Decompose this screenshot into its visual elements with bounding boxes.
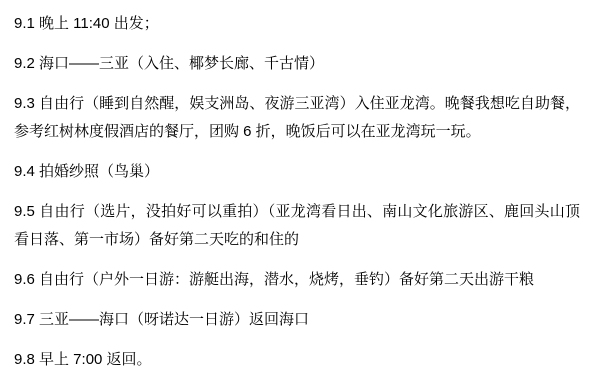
itinerary-item-9-8: 9.8 早上 7:00 返回。 xyxy=(14,346,580,374)
itinerary-item-9-1: 9.1 晚上 11:40 出发； xyxy=(14,10,580,38)
itinerary-item-9-5: 9.5 自由行（选片，没拍好可以重拍）（亚龙湾看日出、南山文化旅游区、鹿回头山顶… xyxy=(14,198,580,254)
itinerary-item-9-7: 9.7 三亚——海口（呀诺达一日游）返回海口 xyxy=(14,306,580,334)
itinerary-document: 9.1 晚上 11:40 出发； 9.2 海口——三亚（入住、椰梦长廊、千古情）… xyxy=(0,0,594,379)
itinerary-item-9-2: 9.2 海口——三亚（入住、椰梦长廊、千古情） xyxy=(14,50,580,78)
itinerary-item-9-3: 9.3 自由行（睡到自然醒，娱支洲岛、夜游三亚湾）入住亚龙湾。晚餐我想吃自助餐，… xyxy=(14,90,580,146)
itinerary-item-9-4: 9.4 拍婚纱照（鸟巢） xyxy=(14,158,580,186)
itinerary-item-9-6: 9.6 自由行（户外一日游：游艇出海，潜水，烧烤，垂钓）备好第二天出游干粮 xyxy=(14,266,580,294)
